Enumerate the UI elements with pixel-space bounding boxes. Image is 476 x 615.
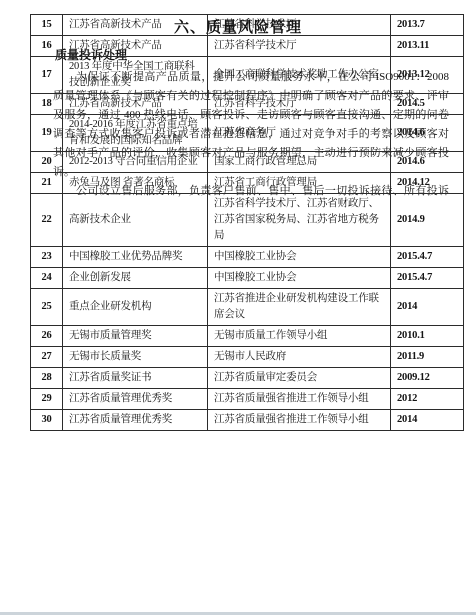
award-name-cell: 2014-2016 年度江苏省重点培育和发展的国际知名品牌 — [63, 115, 208, 152]
table-row: 26无锡市质量管理奖无锡市质量工作领导小组2010.1 — [31, 326, 464, 347]
row-number-cell: 27 — [31, 347, 63, 368]
issuer-cell: 中国橡胶工业协会 — [208, 247, 391, 268]
issuer-cell: 江苏省质量强省推进工作领导小组 — [208, 389, 391, 410]
award-name-cell: 企业创新发展 — [63, 268, 208, 289]
table-row: 172013 年度中华全国工商联科技创新企业奖全国工商联科学技术奖励工作办公室2… — [31, 57, 464, 94]
row-number-cell: 20 — [31, 152, 63, 173]
table-row: 22高新技术企业江苏省科学技术厅、江苏省财政厅、江苏省国家税务局、江苏省地方税务… — [31, 194, 464, 247]
date-cell: 2010.1 — [391, 326, 464, 347]
date-cell: 2014.5 — [391, 94, 464, 115]
row-number-cell: 23 — [31, 247, 63, 268]
table-row: 28江苏省质量奖证书江苏省质量审定委员会2009.12 — [31, 368, 464, 389]
issuer-cell: 全国工商联科学技术奖励工作办公室 — [208, 57, 391, 94]
row-number-cell: 25 — [31, 289, 63, 326]
award-name-cell: 江苏省高新技术产品 — [63, 94, 208, 115]
issuer-cell: 江苏省科学技术厅 — [208, 36, 391, 57]
issuer-cell: 中国橡胶工业协会 — [208, 268, 391, 289]
issuer-cell: 江苏省工商行政管理局 — [208, 173, 391, 194]
row-number-cell: 29 — [31, 389, 63, 410]
row-number-cell: 15 — [31, 15, 63, 36]
table-row: 29江苏省质量管理优秀奖江苏省质量强省推进工作领导小组2012 — [31, 389, 464, 410]
table-row: 202012-2013 守合同重信用企业国家工商行政管理总局2014.6 — [31, 152, 464, 173]
award-name-cell: 2013 年度中华全国工商联科技创新企业奖 — [63, 57, 208, 94]
issuer-cell: 无锡市质量工作领导小组 — [208, 326, 391, 347]
table-row: 25重点企业研发机构江苏省推进企业研发机构建设工作联席会议2014 — [31, 289, 464, 326]
issuer-cell: 江苏省推进企业研发机构建设工作联席会议 — [208, 289, 391, 326]
issuer-cell: 无锡市人民政府 — [208, 347, 391, 368]
table-row: 21赤兔马及图 省著名商标江苏省工商行政管理局2014.12 — [31, 173, 464, 194]
issuer-cell: 江苏省科学技术厅 — [208, 94, 391, 115]
award-name-cell: 高新技术企业 — [63, 194, 208, 247]
date-cell: 2013.12 — [391, 57, 464, 94]
row-number-cell: 18 — [31, 94, 63, 115]
row-number-cell: 17 — [31, 57, 63, 94]
date-cell: 2014.9 — [391, 194, 464, 247]
issuer-cell: 江苏省科学技术厅 — [208, 15, 391, 36]
row-number-cell: 22 — [31, 194, 63, 247]
award-name-cell: 重点企业研发机构 — [63, 289, 208, 326]
table-row: 192014-2016 年度江苏省重点培育和发展的国际知名品牌江苏省商务厅201… — [31, 115, 464, 152]
table-row: 24企业创新发展中国橡胶工业协会2015.4.7 — [31, 268, 464, 289]
table-row: 16江苏省高新技术产品江苏省科学技术厅2013.11 — [31, 36, 464, 57]
row-number-cell: 16 — [31, 36, 63, 57]
award-name-cell: 赤兔马及图 省著名商标 — [63, 173, 208, 194]
award-name-cell: 江苏省质量管理优秀奖 — [63, 410, 208, 431]
row-number-cell: 24 — [31, 268, 63, 289]
issuer-cell: 江苏省科学技术厅、江苏省财政厅、江苏省国家税务局、江苏省地方税务局 — [208, 194, 391, 247]
award-name-cell: 2012-2013 守合同重信用企业 — [63, 152, 208, 173]
date-cell: 2011.9 — [391, 347, 464, 368]
award-name-cell: 中国橡胶工业优势品牌奖 — [63, 247, 208, 268]
date-cell: 2015.4.7 — [391, 268, 464, 289]
table-row: 18江苏省高新技术产品江苏省科学技术厅2014.5 — [31, 94, 464, 115]
table-row: 23中国橡胶工业优势品牌奖中国橡胶工业协会2015.4.7 — [31, 247, 464, 268]
date-cell: 2009.12 — [391, 368, 464, 389]
date-cell: 2014.12 — [391, 173, 464, 194]
award-name-cell: 无锡市长质量奖 — [63, 347, 208, 368]
issuer-cell: 江苏省质量强省推进工作领导小组 — [208, 410, 391, 431]
date-cell: 2015.4.7 — [391, 247, 464, 268]
date-cell: 2014.6 — [391, 115, 464, 152]
award-name-cell: 江苏省质量管理优秀奖 — [63, 389, 208, 410]
row-number-cell: 28 — [31, 368, 63, 389]
row-number-cell: 19 — [31, 115, 63, 152]
award-name-cell: 江苏省高新技术产品 — [63, 15, 208, 36]
awards-table: 15江苏省高新技术产品江苏省科学技术厅2013.716江苏省高新技术产品江苏省科… — [30, 14, 464, 431]
award-name-cell: 江苏省高新技术产品 — [63, 36, 208, 57]
row-number-cell: 30 — [31, 410, 63, 431]
table-row: 27无锡市长质量奖无锡市人民政府2011.9 — [31, 347, 464, 368]
date-cell: 2014 — [391, 289, 464, 326]
date-cell: 2013.11 — [391, 36, 464, 57]
date-cell: 2013.7 — [391, 15, 464, 36]
document-page: 15江苏省高新技术产品江苏省科学技术厅2013.716江苏省高新技术产品江苏省科… — [0, 0, 476, 615]
award-name-cell: 无锡市质量管理奖 — [63, 326, 208, 347]
date-cell: 2014.6 — [391, 152, 464, 173]
date-cell: 2014 — [391, 410, 464, 431]
row-number-cell: 26 — [31, 326, 63, 347]
issuer-cell: 江苏省商务厅 — [208, 115, 391, 152]
table-row: 15江苏省高新技术产品江苏省科学技术厅2013.7 — [31, 15, 464, 36]
issuer-cell: 国家工商行政管理总局 — [208, 152, 391, 173]
row-number-cell: 21 — [31, 173, 63, 194]
award-name-cell: 江苏省质量奖证书 — [63, 368, 208, 389]
table-row: 30江苏省质量管理优秀奖江苏省质量强省推进工作领导小组2014 — [31, 410, 464, 431]
date-cell: 2012 — [391, 389, 464, 410]
issuer-cell: 江苏省质量审定委员会 — [208, 368, 391, 389]
